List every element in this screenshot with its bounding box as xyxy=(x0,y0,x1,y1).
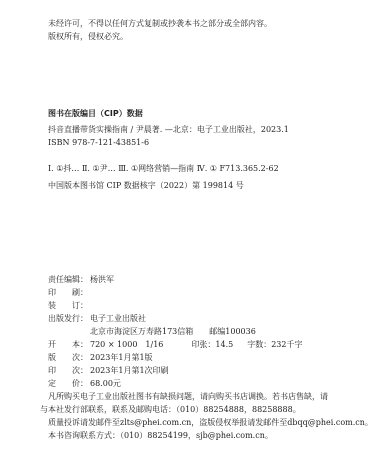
colophon-format: 开 本：720 × 1000 1/16印张：14.5字数：232千字 xyxy=(48,340,302,350)
edition-value: 2023年1月第1版 xyxy=(90,353,153,362)
notice-line-3: 质量投诉请发邮件至zlts@phei.com.cn，盗版侵权举报请发邮件至dbq… xyxy=(48,418,373,428)
binding-label: 装 订： xyxy=(48,301,90,311)
edition-label: 版 次： xyxy=(48,353,90,363)
notice-line-1: 凡所购买电子工业出版社图书有缺损问题，请向购买书店调换。若书店售缺，请 xyxy=(48,392,328,402)
notice-line-2: 与本社发行部联系，联系及邮购电话：（010）88254888，88258888。 xyxy=(40,405,301,415)
impression-value: 2023年1月第1次印刷 xyxy=(90,366,169,375)
colophon-editor: 责任编辑：杨洪军 xyxy=(48,275,114,285)
notice-line-4: 本书咨询联系方式：（010）88254199，sjb@phei.com.cn。 xyxy=(48,431,273,441)
editor-label: 责任编辑： xyxy=(48,275,90,285)
publisher-value: 电子工业出版社 xyxy=(90,314,146,323)
price-value: 68.00元 xyxy=(90,379,121,388)
colophon-address: 北京市海淀区万寿路173信箱 邮编100036 xyxy=(90,327,256,337)
cip-isbn: ISBN 978-7-121-43851-6 xyxy=(48,138,149,148)
format-label: 开 本： xyxy=(48,340,90,350)
copyright-line-2: 版权所有，侵权必究。 xyxy=(48,32,128,42)
colophon-price: 定 价：68.00元 xyxy=(48,379,121,389)
cip-entry: 抖音直播带货实操指南 / 尹晨著. —北京：电子工业出版社，2023.1 xyxy=(48,125,289,135)
publisher-label: 出版发行： xyxy=(48,314,90,324)
copyright-line-1: 未经许可，不得以任何方式复制或抄袭本书之部分或全部内容。 xyxy=(48,19,272,29)
cip-title: 图书在版编目（CIP）数据 xyxy=(48,109,143,119)
cip-classification: Ⅰ. ①抖… Ⅱ. ①尹… Ⅲ. ①网络营销—指南 Ⅳ. ① F713.365.… xyxy=(48,164,279,174)
format-value: 720 × 1000 1/16 xyxy=(90,340,163,349)
words-value: 字数：232千字 xyxy=(247,340,302,349)
colophon-impression: 印 次：2023年1月第1次印刷 xyxy=(48,366,169,376)
colophon-edition: 版 次：2023年1月第1版 xyxy=(48,353,153,363)
colophon-publisher: 出版发行：电子工业出版社 xyxy=(48,314,146,324)
price-label: 定 价： xyxy=(48,379,90,389)
editor-value: 杨洪军 xyxy=(90,275,114,284)
cip-library-number: 中国版本图书馆 CIP 数据核字（2022）第 199814 号 xyxy=(48,181,244,191)
printing-label: 印 刷： xyxy=(48,288,90,298)
colophon-binding: 装 订： xyxy=(48,301,90,311)
colophon-printing: 印 刷： xyxy=(48,288,90,298)
impression-label: 印 次： xyxy=(48,366,90,376)
sheets-value: 印张：14.5 xyxy=(191,340,233,349)
